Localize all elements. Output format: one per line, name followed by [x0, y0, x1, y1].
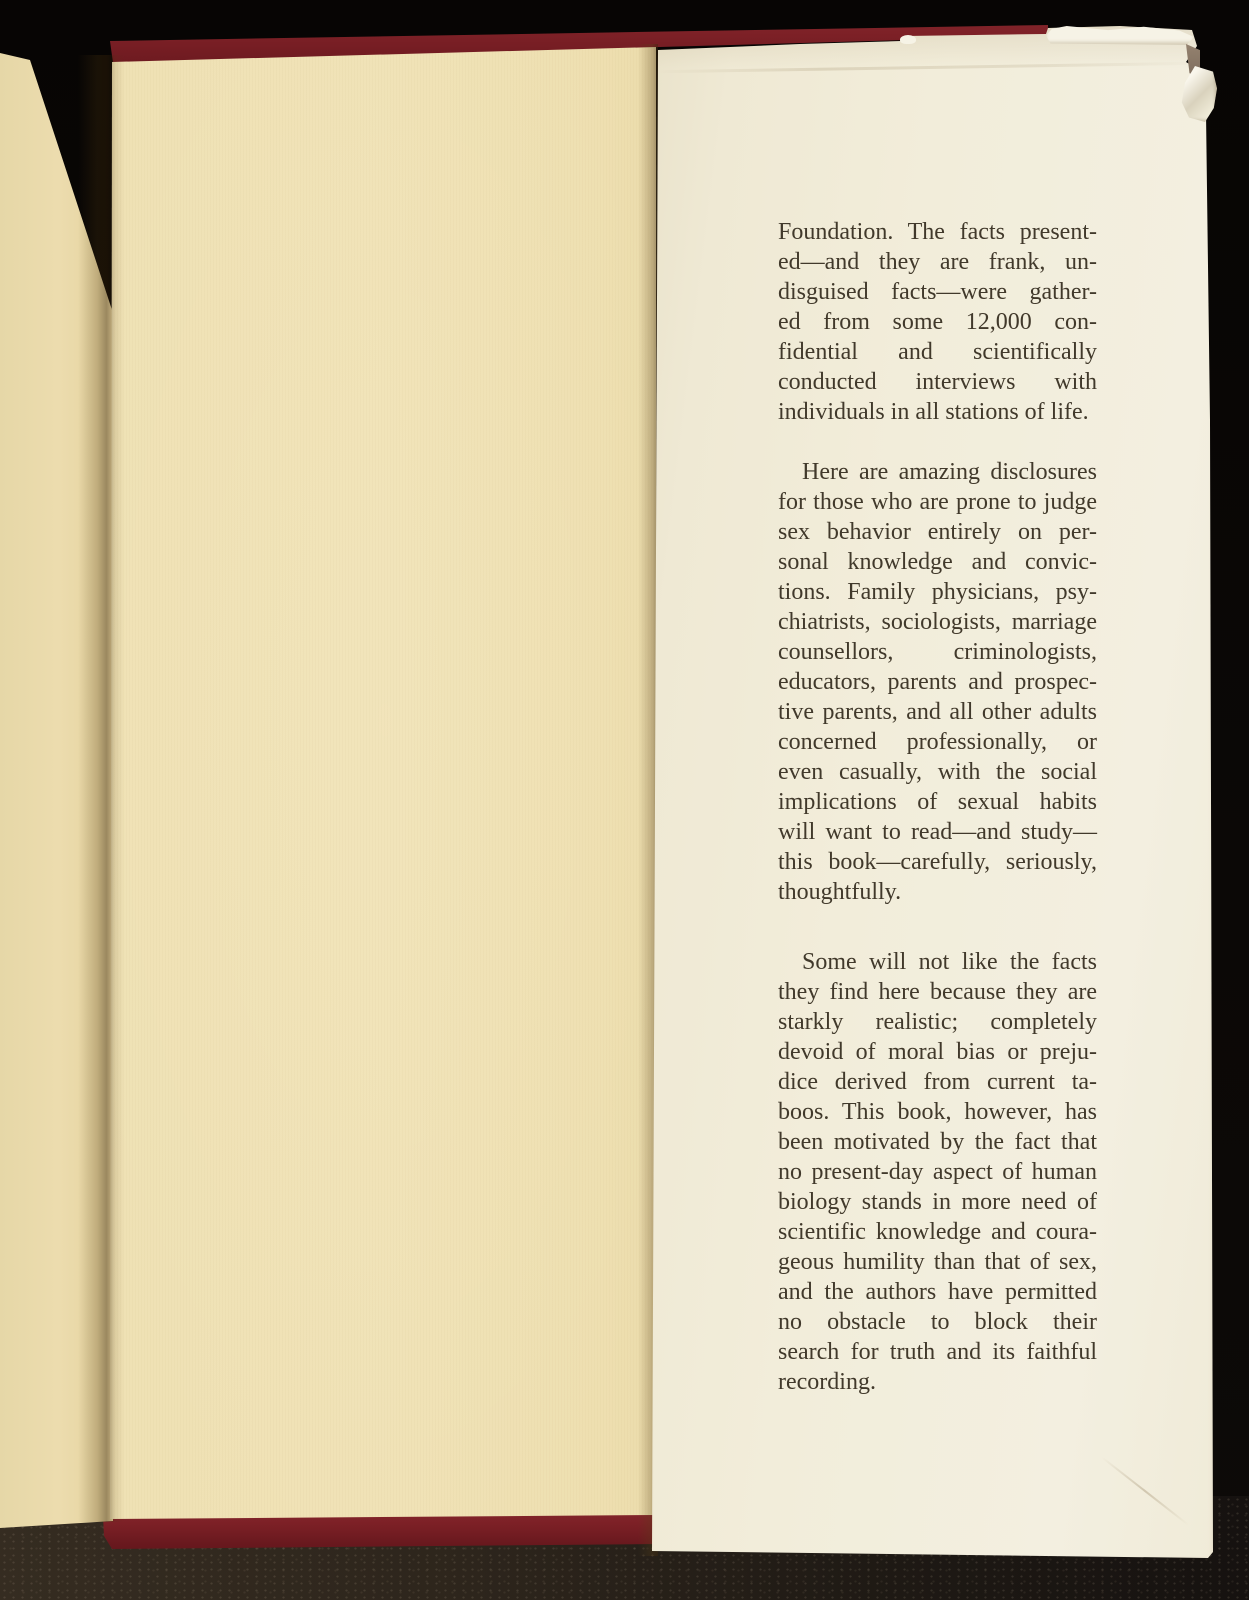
flap-text-line: concerned professionally, or	[778, 727, 1097, 757]
flap-paragraph: Foundation. The facts present-ed—and the…	[778, 217, 1097, 427]
flap-text-line: conducted interviews with	[778, 367, 1097, 397]
flap-text-line: no present-day aspect of human	[778, 1157, 1097, 1187]
flap-text-line: ed—and they are frank, un-	[778, 247, 1097, 277]
flap-text-line: tions. Family physicians, psy-	[778, 577, 1097, 607]
flap-text-line: individuals in all stations of life.	[778, 397, 1097, 427]
flap-text-line: sex behavior entirely on per-	[778, 517, 1097, 547]
flap-text-line: sonal knowledge and convic-	[778, 547, 1097, 577]
flap-text-line: biology stands in more need of	[778, 1187, 1097, 1217]
flap-text-line: recording.	[778, 1367, 1097, 1397]
flap-corner-crease	[1101, 1456, 1189, 1525]
flap-text-line: educators, parents and prospec-	[778, 667, 1097, 697]
dust-jacket-flap: Foundation. The facts present-ed—and the…	[645, 22, 1217, 1564]
flap-text-line: counsellors, criminologists,	[778, 637, 1097, 667]
flap-text-line: for those who are prone to judge	[778, 487, 1097, 517]
flap-text-line: they find here because they are	[778, 977, 1097, 1007]
flap-text-line: implications of sexual habits	[778, 787, 1097, 817]
flap-text-line: starkly realistic; completely	[778, 1007, 1097, 1037]
flap-text-line: and the authors have permitted	[778, 1277, 1097, 1307]
flap-text-line: been motivated by the fact that	[778, 1127, 1097, 1157]
book-photo: Foundation. The facts present-ed—and the…	[0, 0, 1249, 1600]
flap-text-line: fidential and scientifically	[778, 337, 1097, 367]
flap-text-line: no obstacle to block their	[778, 1307, 1097, 1337]
flap-text-line: chiatrists, sociologists, marriage	[778, 607, 1097, 637]
flap-text-line: disguised facts—were gather-	[778, 277, 1097, 307]
flap-text-line: scientific knowledge and coura-	[778, 1217, 1097, 1247]
flap-text-line: even casually, with the social	[778, 757, 1097, 787]
flap-text-line: Foundation. The facts present-	[778, 217, 1097, 247]
gutter-crease	[78, 55, 124, 1522]
flap-text-line: thoughtfully.	[778, 877, 1097, 907]
flap-text-line: boos. This book, however, has	[778, 1097, 1097, 1127]
flap-text-line: search for truth and its faithful	[778, 1337, 1097, 1367]
flap-text-line: ed from some 12,000 con-	[778, 307, 1097, 337]
flap-text-line: will want to read—and study—	[778, 817, 1097, 847]
flap-edge-nick	[900, 35, 916, 44]
flap-text-line: devoid of moral bias or preju-	[778, 1037, 1097, 1067]
flap-text-line: tive parents, and all other adults	[778, 697, 1097, 727]
flap-text-line: dice derived from current ta-	[778, 1067, 1097, 1097]
flap-text-line: this book—carefully, seriously,	[778, 847, 1097, 877]
flap-text-line: geous humility than that of sex,	[778, 1247, 1097, 1277]
flap-text-block: Foundation. The facts present-ed—and the…	[778, 217, 1097, 1397]
flap-paragraph: Some will not like the factsthey find he…	[778, 947, 1097, 1397]
flap-text-line: Some will not like the facts	[778, 947, 1097, 977]
flap-text-line: Here are amazing disclosures	[778, 457, 1097, 487]
flap-top-crease	[653, 62, 1205, 74]
flap-paragraph: Here are amazing disclosuresfor those wh…	[778, 457, 1097, 907]
